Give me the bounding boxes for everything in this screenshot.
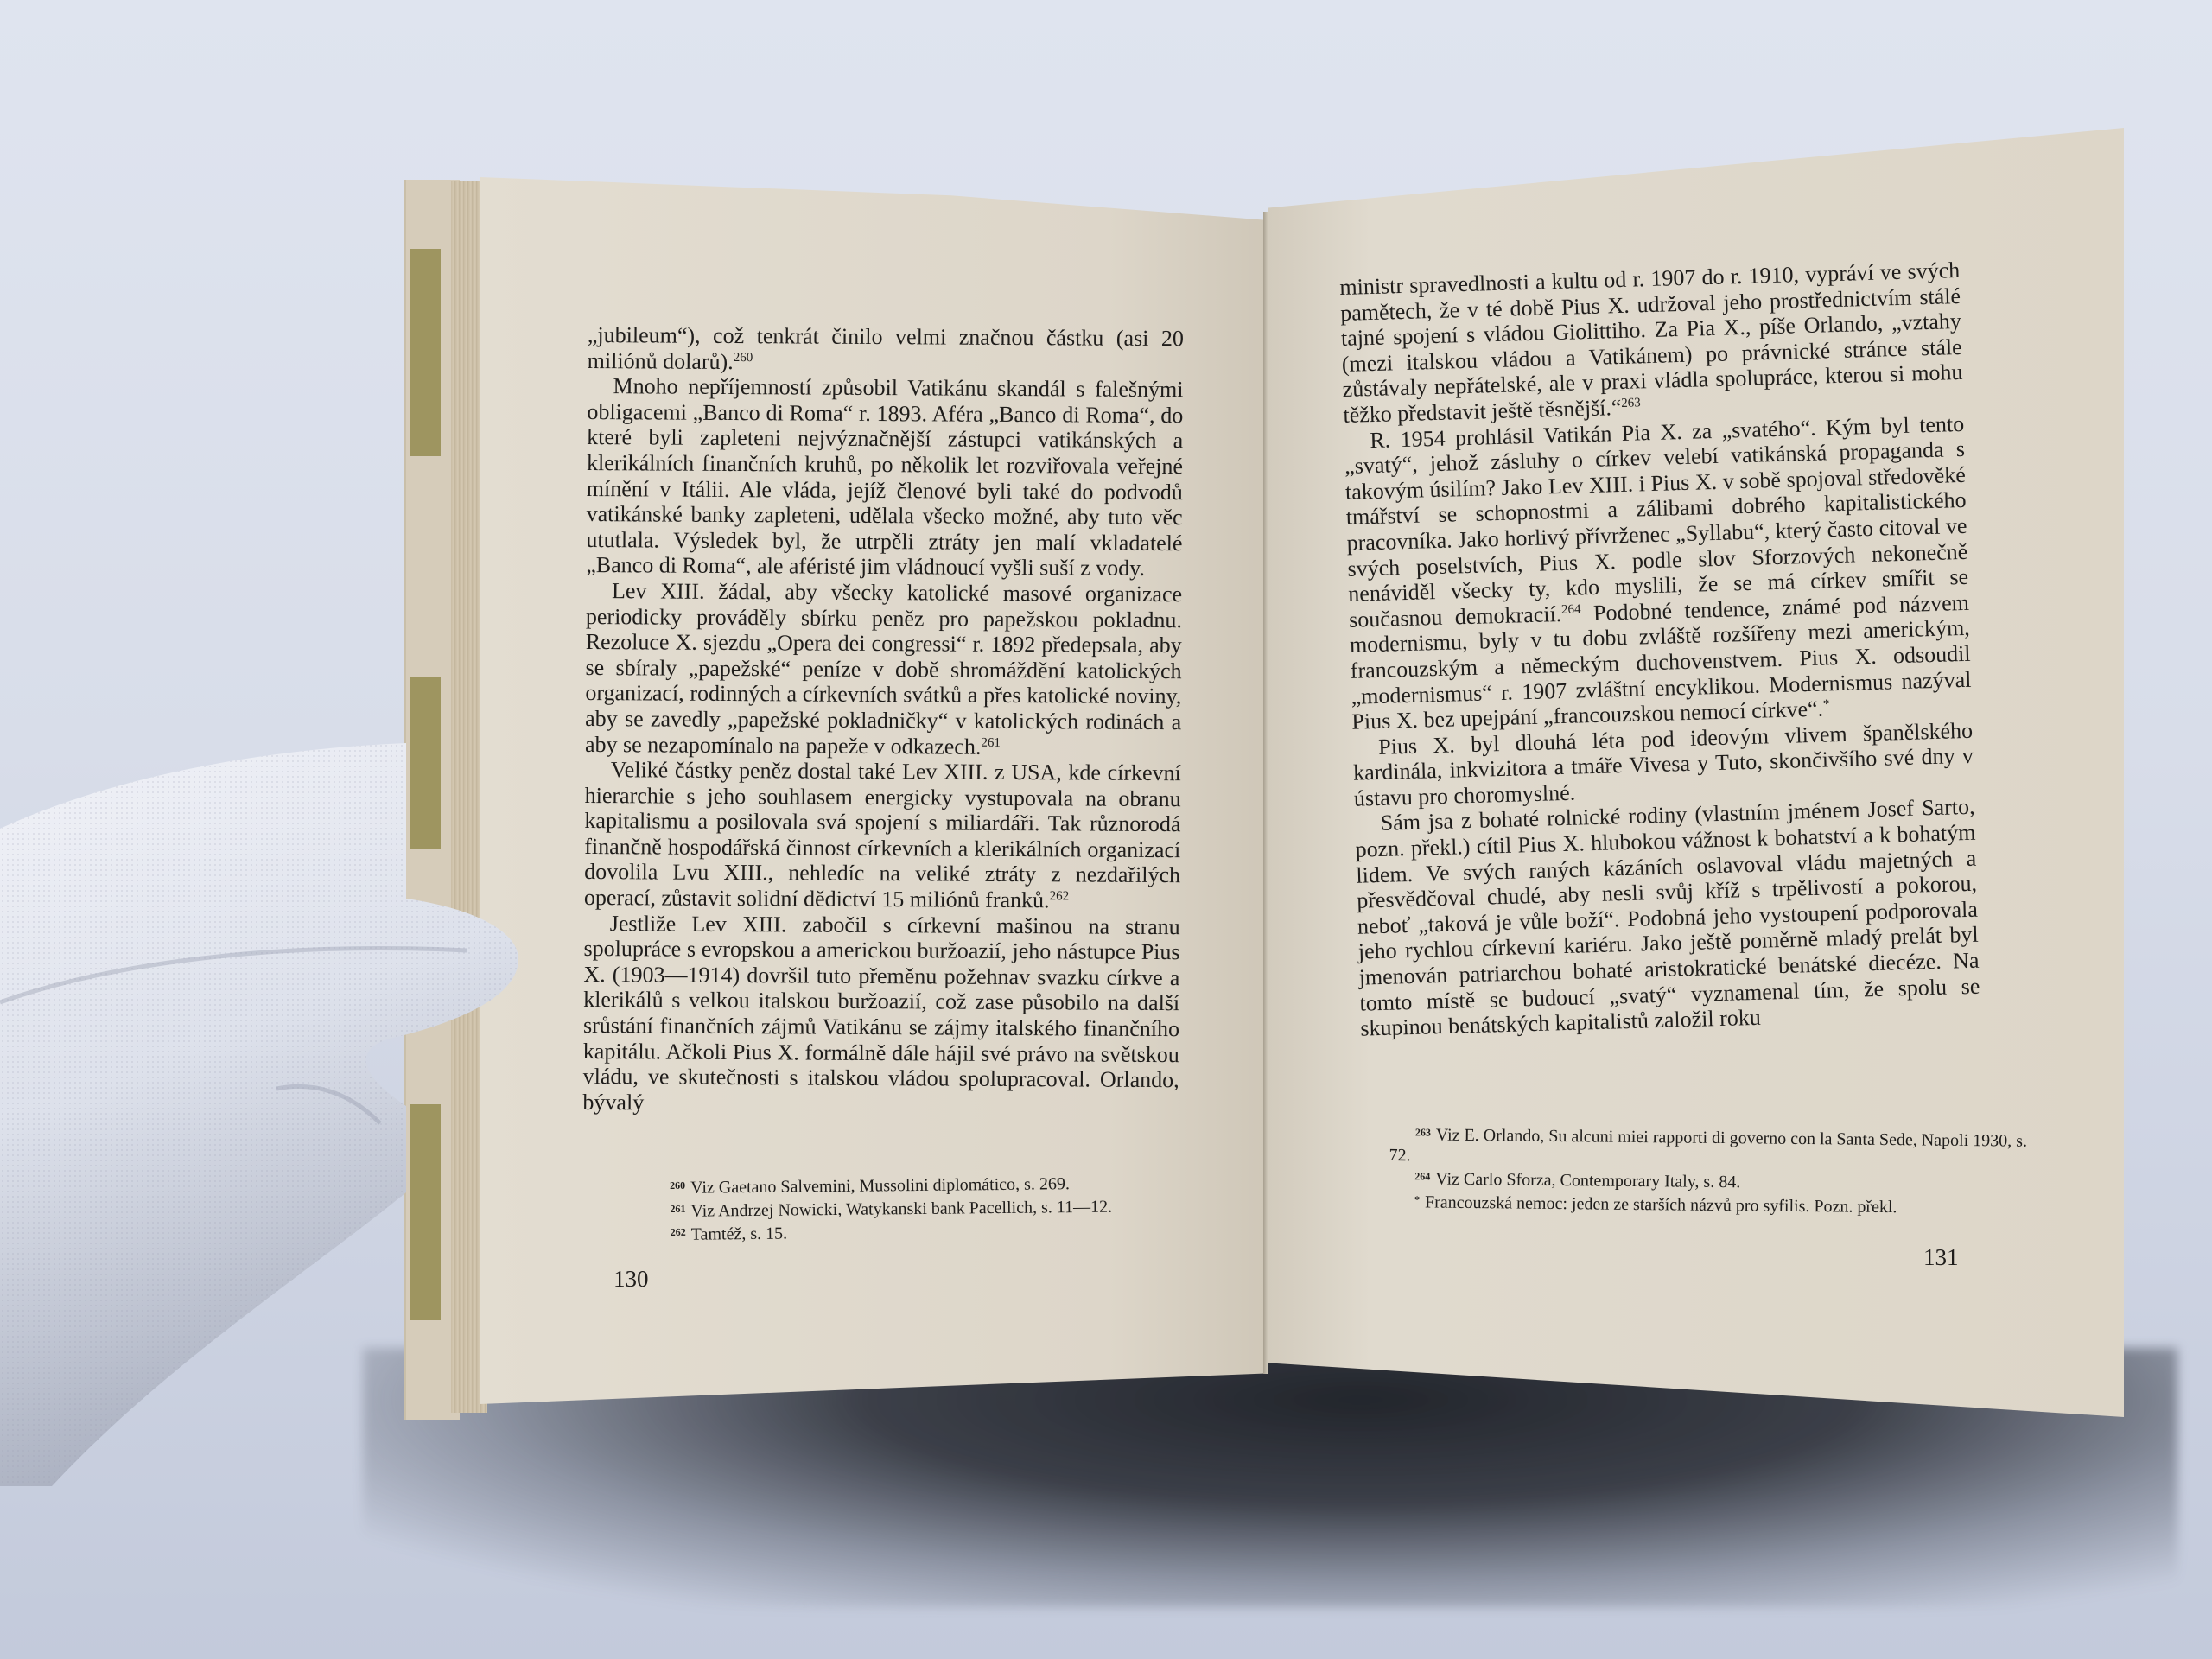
footnote-ref: * [1823, 697, 1830, 711]
paragraph: R. 1954 prohlásil Vatikán Pia X. za „sva… [1344, 410, 1973, 734]
paragraph: Jestliže Lev XIII. zabočil s církevní ma… [582, 911, 1179, 1119]
gloved-hand [0, 743, 570, 1486]
right-footnotes: 263Viz E. Orlando, Su alcuni miei rappor… [1389, 1122, 2029, 1219]
spine-label [410, 249, 441, 456]
page-number-right: 131 [1923, 1244, 1959, 1271]
footnote-ref: 261 [981, 735, 1001, 749]
left-page: „jubileum“), což tenkrát činilo velmi zn… [480, 177, 1266, 1404]
left-footnotes: 260Viz Gaetano Salvemini, Mussolini dipl… [670, 1169, 1275, 1245]
paragraph: Lev XIII. žádal, aby všecky katolické ma… [585, 578, 1182, 760]
footnote-ref: 262 [1050, 889, 1070, 903]
right-page: ministr spravedlnosti a kultu od r. 1907… [1268, 128, 2124, 1417]
footnote-ref: 263 [1621, 396, 1641, 410]
paragraph: Mnoho nepříjemností způsobil Vatikánu sk… [586, 373, 1183, 582]
paragraph: Veliké částky peněz dostal také Lev XIII… [584, 757, 1181, 914]
footnote-ref: 264 [1561, 602, 1581, 617]
paragraph: ministr spravedlnosti a kultu od r. 1907… [1339, 257, 1964, 429]
page-number-left: 130 [613, 1266, 649, 1293]
footnote-ref: 260 [734, 351, 753, 365]
footnote: 263Viz E. Orlando, Su alcuni miei rappor… [1389, 1122, 2028, 1173]
paragraph: Sám jsa z bohaté rolnické rodiny (vlastn… [1354, 794, 1980, 1041]
book-gutter [1263, 212, 1268, 1374]
left-page-body: „jubileum“), což tenkrát činilo velmi zn… [582, 322, 1184, 1119]
right-page-body: ministr spravedlnosti a kultu od r. 1907… [1339, 257, 1981, 1042]
paragraph: „jubileum“), což tenkrát činilo velmi zn… [588, 322, 1184, 377]
